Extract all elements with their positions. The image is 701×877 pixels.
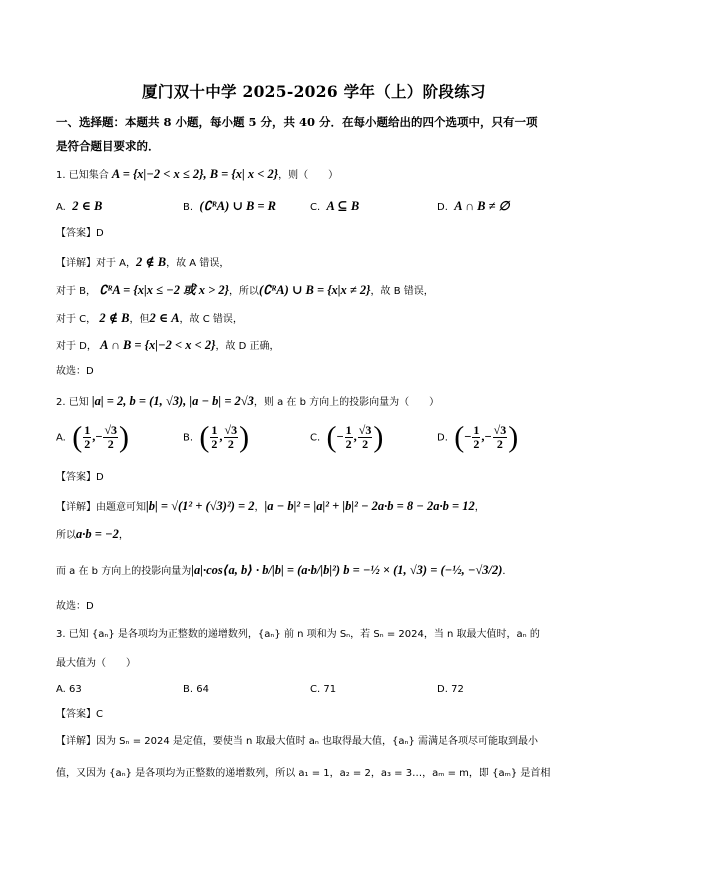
document-page: 厦门双十中学 2025-2026 学年（上）阶段练习 一、选择题：本题共 8 小… [0, 0, 701, 877]
q2-option-b: B. (12,√32) [183, 424, 249, 451]
q3-option-d: D. 72 [437, 682, 464, 698]
q2-explanation-line: 而 a 在 b 方向上的投影向量为|a|·cos⟨a, b⟩ · b/|b| =… [56, 562, 512, 580]
q1-explanation-line: 对于 B， ∁ᴿA = {x|x ≤ −2 或 x > 2}，所以(∁ᴿA) ∪… [56, 282, 434, 300]
q3-explanation-line: 【详解】因为 Sₙ = 2024 是定值，要使当 n 取最大值时 aₙ 也取得最… [56, 734, 538, 750]
q1-answer: 【答案】D [56, 226, 104, 242]
q3-answer: 【答案】C [56, 707, 103, 723]
page-title: 厦门双十中学 2025-2026 学年（上）阶段练习 [142, 80, 486, 102]
q1-option-d: D. A ∩ B ≠ ∅ [437, 198, 509, 216]
q2-explanation-line: 所以a·b = −2， [56, 526, 129, 544]
q3-option-c: C. 71 [310, 682, 336, 698]
q1-option-b: B. (∁ᴿA) ∪ B = R [183, 198, 276, 216]
q2-answer: 【答案】D [56, 470, 104, 486]
q1-explanation-line: 对于 C， 2 ∉ B，但2 ∈ A，故 C 错误， [56, 310, 243, 328]
q1-final-choice: 故选：D [56, 364, 94, 380]
math-expression: |a| = 2, b = (1, √3), |a − b| = 2√3 [92, 394, 254, 408]
q1-option-a: A. 2 ∈ B [56, 198, 102, 216]
q2-final-choice: 故选：D [56, 599, 94, 615]
q3-option-a: A. 63 [56, 682, 82, 698]
section-heading-cont: 是符合题目要求的． [56, 138, 160, 154]
q2-explanation-line: 【详解】由题意可知|b| = √(1² + (√3)²) = 2，|a − b|… [56, 498, 485, 516]
math-expression: A = {x|−2 < x ≤ 2}, B = {x| x < 2} [112, 167, 278, 181]
q2-option-c: C. (−12,√32) [310, 424, 383, 451]
question-1-stem: 1. 已知集合 A = {x|−2 < x ≤ 2}, B = {x| x < … [56, 166, 338, 184]
question-3-stem: 3. 已知 {aₙ} 是各项均为正整数的递增数列，{aₙ} 前 n 项和为 Sₙ… [56, 627, 540, 643]
q1-explanation-line: 对于 D， A ∩ B = {x|−2 < x < 2}，故 D 正确， [56, 337, 280, 355]
q2-option-a: A. (12,−√32) [56, 424, 129, 451]
q1-explanation-line: 【详解】对于 A，2 ∉ B，故 A 错误， [56, 254, 229, 272]
q3-option-b: B. 64 [183, 682, 209, 698]
q3-explanation-line: 值，又因为 {aₙ} 是各项均为正整数的递增数列，所以 a₁ = 1，a₂ = … [56, 766, 550, 782]
question-3-stem-cont: 最大值为（ ） [56, 656, 136, 672]
q1-option-c: C. A ⊆ B [310, 198, 359, 216]
question-2-stem: 2. 已知 |a| = 2, b = (1, √3), |a − b| = 2√… [56, 393, 439, 411]
section-heading: 一、选择题：本题共 8 小题，每小题 5 分，共 40 分．在每小题给出的四个选… [56, 114, 538, 130]
q2-option-d: D. (−12,−√32) [437, 424, 518, 451]
